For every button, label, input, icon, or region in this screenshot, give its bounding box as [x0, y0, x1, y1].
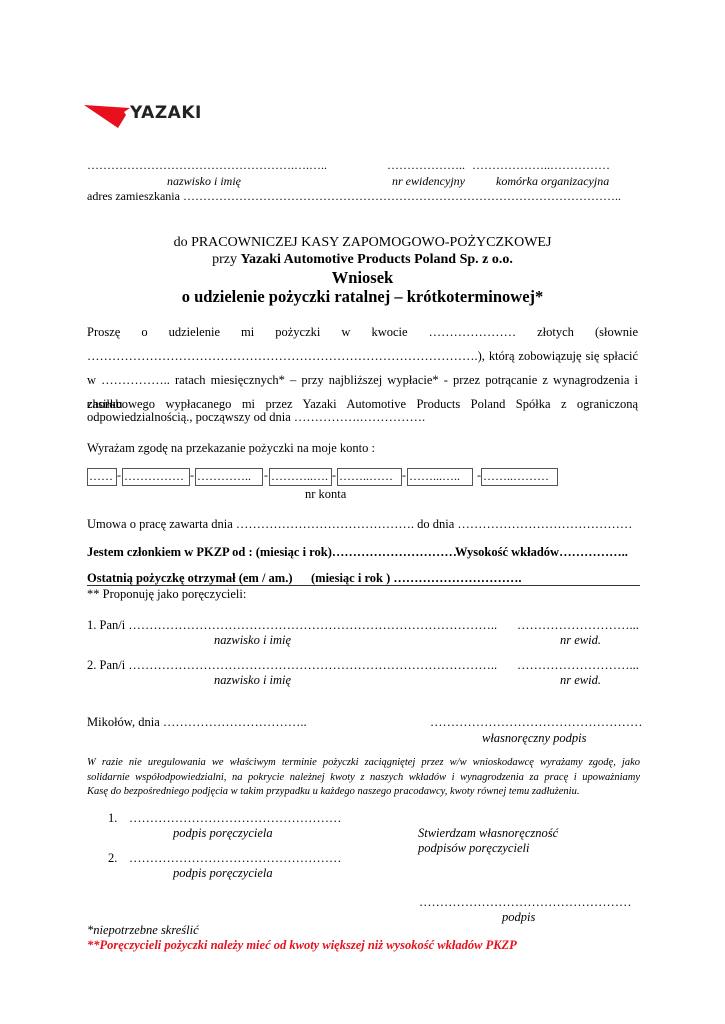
certify-line-2: podpisów poręczycieli [418, 841, 529, 856]
company-line: przy Yazaki Automotive Products Poland S… [0, 252, 725, 268]
consent-text: Wyrażam zgodę na przekazanie pożyczki na… [87, 441, 375, 456]
account-dash: - [402, 468, 406, 483]
guarantor-2-name-field[interactable]: 2. Pan/i …………………………………………………………………………….. [87, 658, 497, 673]
address-label: adres zamieszkania [87, 189, 180, 203]
guarantor-sign-1-field[interactable]: …………………………………………… [129, 811, 342, 826]
name-field[interactable]: …………………………………………….….….. [87, 158, 327, 173]
account-dash: - [264, 468, 268, 483]
logo-wedge-icon [84, 102, 134, 128]
contract-dates-field[interactable]: Umowa o pracę zawarta dnia …………………………………… [87, 517, 632, 532]
account-box-3[interactable]: ………….. [195, 468, 263, 486]
guarantor-2-name-label: nazwisko i imię [214, 673, 291, 688]
unit-label: komórka organizacyjna [496, 174, 609, 189]
clause-line-1: W razie nie uregulowania we właściwym te… [87, 757, 640, 768]
membership-since-field[interactable]: Jestem członkiem w PKZP od : (miesiąc i … [87, 545, 457, 560]
id-field[interactable]: ……………….. [387, 158, 465, 173]
account-box-4[interactable]: ………..…. [269, 468, 332, 486]
clause-line-3: Kasę do bezpośredniego podjęcia w takim … [87, 786, 579, 797]
address-row: adres zamieszkania ………………………………………………………… [87, 189, 621, 204]
page-subtitle: o udzielenie pożyczki ratalnej – krótkot… [0, 287, 725, 307]
last-loan-label: Ostatnią pożyczkę otrzymał (em / am.) [87, 571, 293, 586]
guarantor-2-id-field[interactable]: ………………………... [517, 658, 639, 673]
clause-line-2: solidarnie współodpowiedzialni, na pokry… [87, 772, 640, 783]
guarantor-sign-2-num: 2. [108, 851, 117, 866]
name-label: nazwisko i imię [167, 174, 241, 189]
guarantor-2-id-label: nr ewid. [560, 673, 601, 688]
footnote-guarantors: **Poręczycieli pożyczki należy mieć od k… [87, 938, 517, 953]
guarantor-sign-2-label: podpis poręczyciela [173, 866, 273, 881]
guarantor-sign-2-field[interactable]: …………………………………………… [129, 851, 342, 866]
applicant-signature-field[interactable]: …………………………………………… [430, 715, 643, 730]
contributions-field[interactable]: Wysokość wkładów…………….. [455, 545, 628, 560]
certify-line-1: Stwierdzam własnoręczność [418, 826, 558, 841]
section-divider [87, 585, 640, 586]
addressee-line: do PRACOWNICZEJ KASY ZAPOMOGOWO-POŻYCZKO… [0, 235, 725, 251]
address-field[interactable]: ……………………………………………………………………………………………….. [183, 189, 621, 203]
account-box-5[interactable]: ……..…… [337, 468, 402, 486]
guarantor-1-id-field[interactable]: ………………………... [517, 618, 639, 633]
last-loan-date-field[interactable]: (miesiąc i rok ) …………………………. [311, 571, 522, 586]
yazaki-logo: YAZAKI [84, 102, 234, 132]
account-box-7[interactable]: ……..……… [481, 468, 558, 486]
logo-wordmark: YAZAKI [130, 103, 202, 123]
account-dash: - [190, 468, 194, 483]
account-dash: - [117, 468, 121, 483]
guarantor-sign-1-label: podpis poręczyciela [173, 826, 273, 841]
company-prefix: przy [212, 252, 240, 267]
account-box-6[interactable]: ……...….. [407, 468, 473, 486]
id-label: nr ewidencyjny [392, 174, 465, 189]
certifier-signature-field[interactable]: …………………………………………… [419, 895, 632, 910]
guarantor-sign-1-num: 1. [108, 811, 117, 826]
footnote-strike: *niepotrzebne skreślić [87, 923, 199, 938]
company-name: Yazaki Automotive Products Poland Sp. z … [241, 252, 513, 267]
body-line-1: Proszę o udzielenie mi pożyczki w kwocie… [87, 320, 638, 344]
guarantor-1-name-field[interactable]: 1. Pan/i …………………………………………………………………………….. [87, 618, 497, 633]
applicant-signature-label: własnoręczny podpis [482, 731, 587, 746]
certifier-signature-label: podpis [502, 910, 535, 925]
guarantors-intro: ** Proponuję jako poręczycieli: [87, 587, 246, 602]
account-box-2[interactable]: …………… [122, 468, 190, 486]
page-title: Wniosek [0, 268, 725, 288]
account-dash: - [332, 468, 336, 483]
place-date-field[interactable]: Mikołów, dnia …………………………….. [87, 715, 307, 730]
unit-field[interactable]: ………………..…………… [472, 158, 610, 173]
guarantor-1-name-label: nazwisko i imię [214, 633, 291, 648]
body-line-5: odpowiedzialnością., począwszy od dnia …… [87, 410, 425, 425]
body-line-2: ………………………………………………………………………………….), którą… [87, 344, 638, 368]
guarantor-1-id-label: nr ewid. [560, 633, 601, 648]
account-box-1[interactable]: …… [87, 468, 117, 486]
account-label: nr konta [305, 487, 346, 502]
